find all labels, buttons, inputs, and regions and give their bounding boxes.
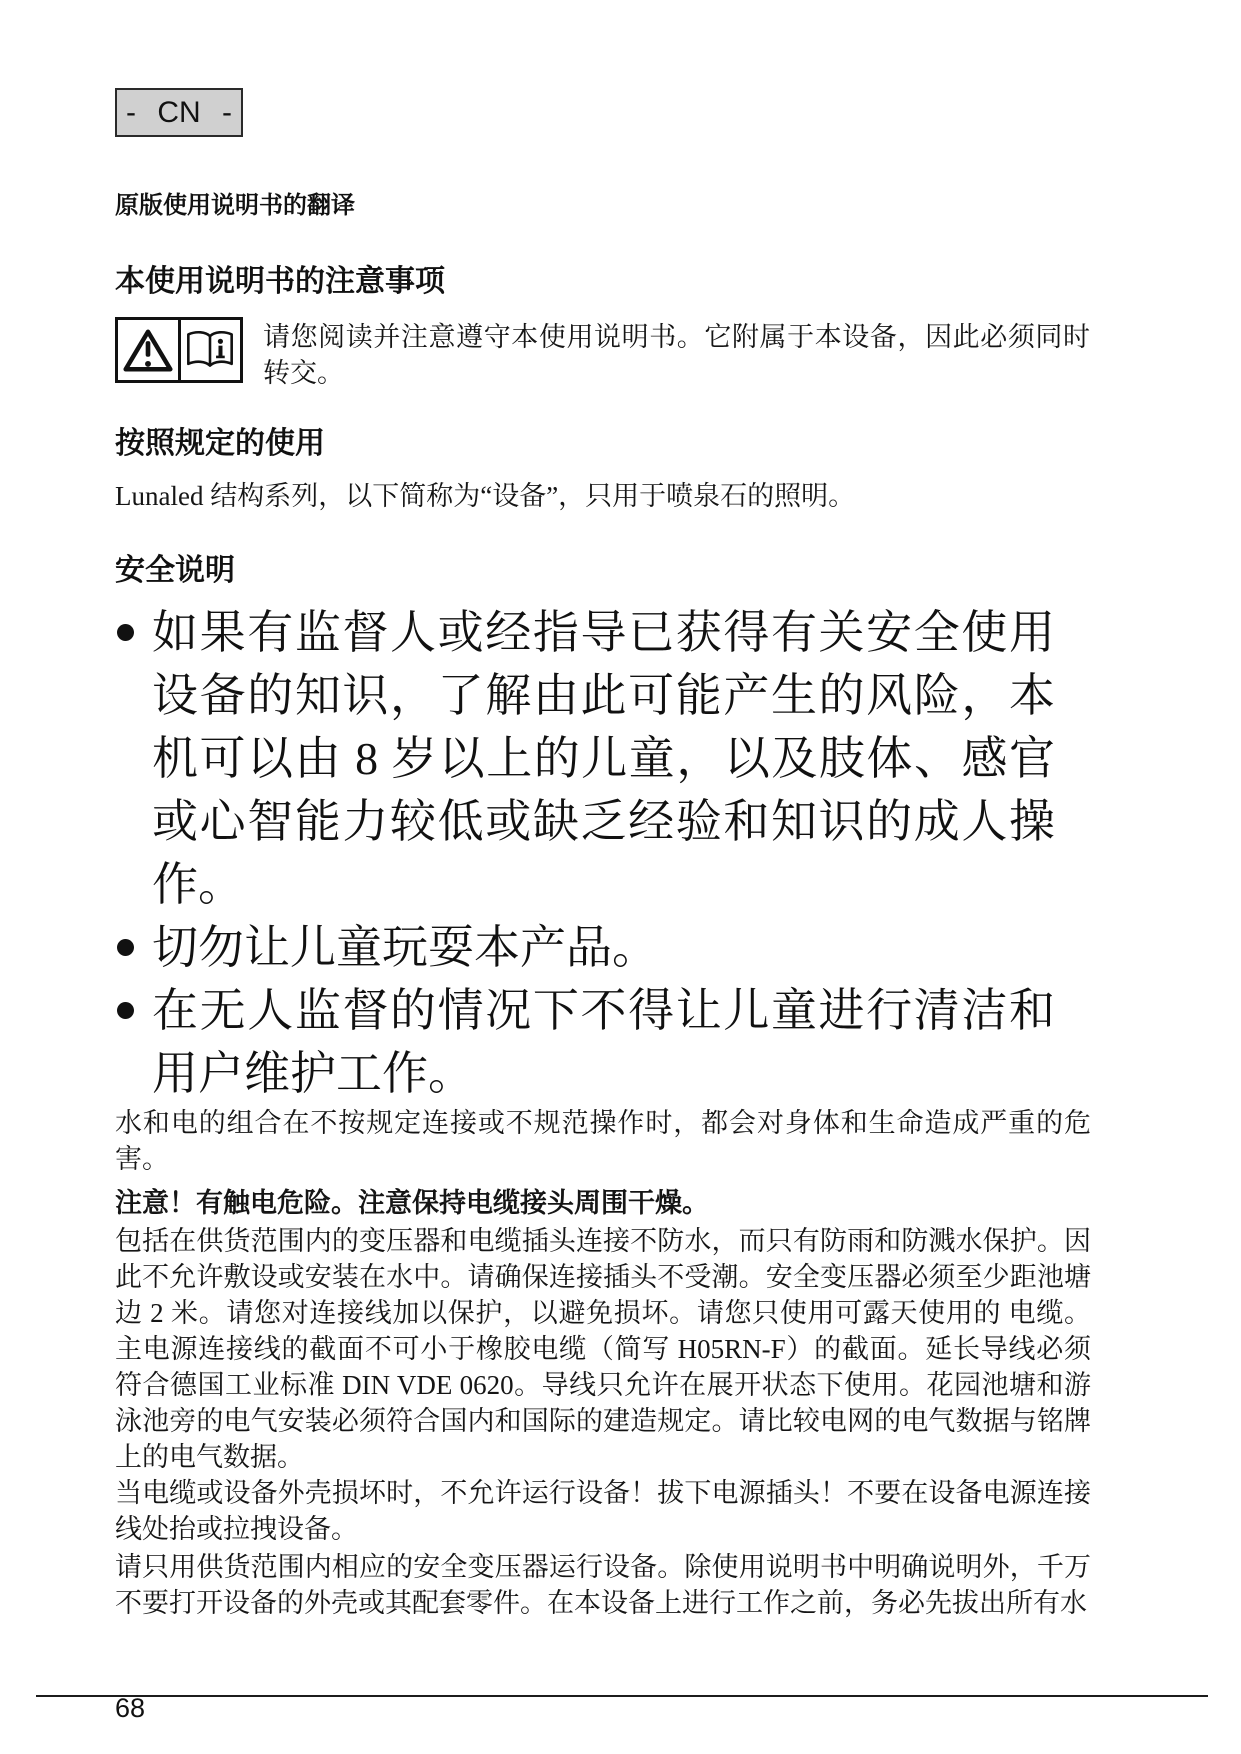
translation-note: 原版使用说明书的翻译 [115,190,1091,222]
safety-paragraph: 当电缆或设备外壳损坏时，不允许运行设备！拔下电源插头！不要在设备电源连接线处抬或… [115,1475,1091,1547]
hazard-paragraph: 水和电的组合在不按规定连接或不规范操作时，都会对身体和生命造成严重的危害。 [115,1105,1091,1177]
warning-triangle-icon [118,320,178,380]
intended-use-body: Lunaled 结构系列，以下简称为“设备”，只用于喷泉石的照明。 [115,478,1091,514]
manual-page: { "page": { "cn_left": "-", "cn_code": "… [0,0,1241,1754]
safety-bullet-list: 如果有监督人或经指导已获得有关安全使用设备的知识，了解由此可能产生的风险，本机可… [115,601,1055,1105]
safety-bullet-item: 如果有监督人或经指导已获得有关安全使用设备的知识，了解由此可能产生的风险，本机可… [115,601,1055,916]
safety-paragraph: 包括在供货范围内的变压器和电缆插头连接不防水，而只有防雨和防溅水保护。因此不允许… [115,1223,1091,1475]
section-title-intended-use: 按照规定的使用 [115,424,1091,464]
language-tag-dash-right: - [222,96,232,130]
note-row: 请您阅读并注意遵守本使用说明书。它附属于本设备，因此必须同时转交。 [115,317,1091,391]
page-number: 68 [115,1693,1091,1723]
footer-divider-line [36,1695,1208,1697]
attention-line: 注意！有触电危险。注意保持电缆接头周围干燥。 [115,1185,1091,1221]
section-title-notes: 本使用说明书的注意事项 [115,262,1091,302]
page-content: - CN - 原版使用说明书的翻译 本使用说明书的注意事项 [115,88,1091,1723]
section-title-safety: 安全说明 [115,551,1091,591]
safety-paragraph: 请只用供货范围内相应的安全变压器运行设备。除使用说明书中明确说明外，千万不要打开… [115,1549,1091,1621]
language-tag-box: - CN - [115,88,243,137]
language-tag-code: CN [157,96,200,130]
safety-bullet-item: 切勿让儿童玩耍本产品。 [115,916,1055,979]
read-manual-icon [178,320,241,380]
safety-pictogram-box [115,317,243,383]
language-tag-dash-left: - [126,96,136,130]
notes-body: 请您阅读并注意遵守本使用说明书。它附属于本设备，因此必须同时转交。 [263,317,1090,391]
safety-bullet-item: 在无人监督的情况下不得让儿童进行清洁和用户维护工作。 [115,979,1055,1105]
